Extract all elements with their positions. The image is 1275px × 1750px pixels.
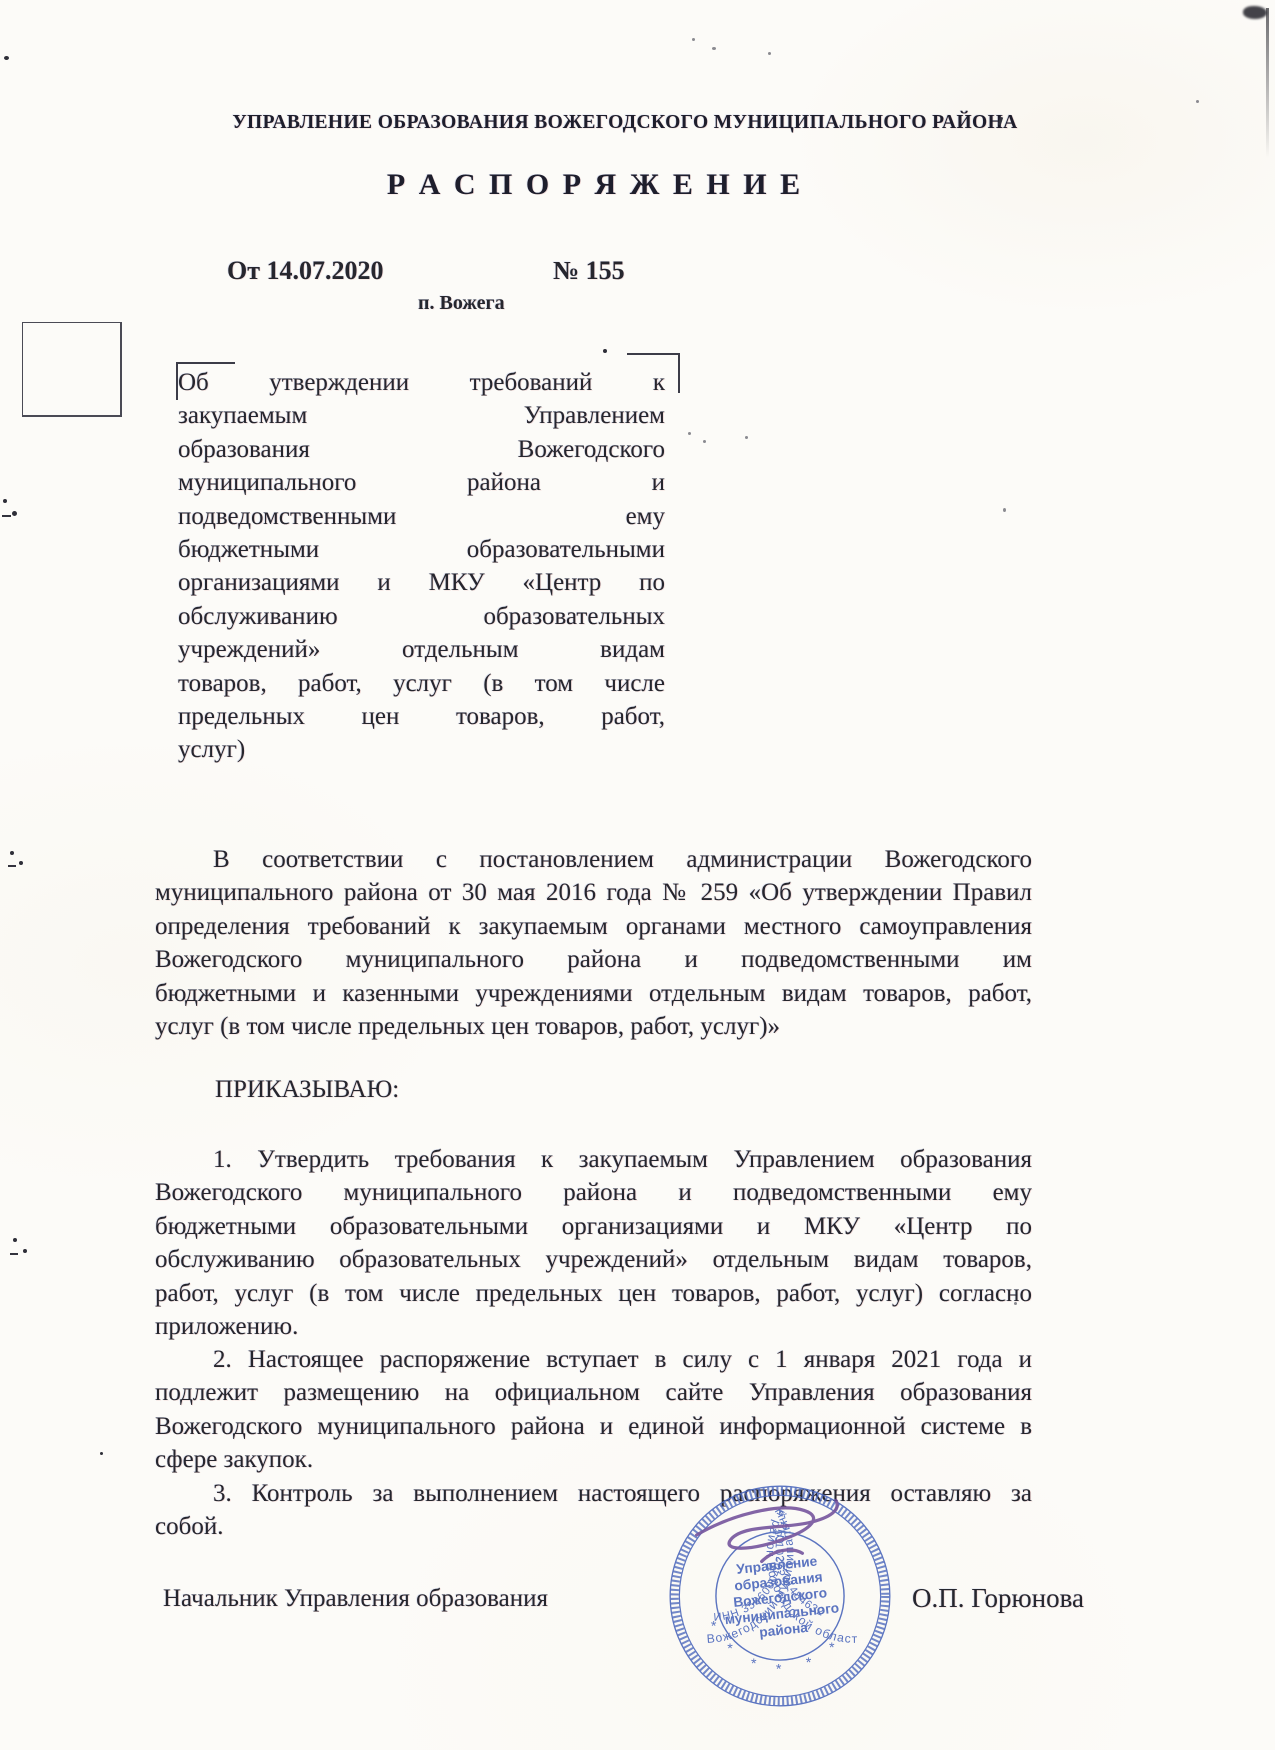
text-line: определения требований к закупаемым орга… [155,910,1032,943]
asterisk-glyph: * [751,1656,757,1672]
scan-speck [603,349,607,353]
text-line: муниципального района от 30 мая 2016 год… [155,876,1032,909]
order-item-2: 2. Настоящее распоряжение вступает в сил… [155,1343,1032,1477]
scan-speck [3,499,7,503]
scan-speck [10,851,14,855]
text-line: подведомственными ему [178,500,665,533]
scan-speck [4,56,9,60]
document-number: № 155 [553,256,625,286]
text-line: товаров, работ, услуг (в том числе [178,667,665,700]
text-line: предельных цен товаров, работ, [178,700,665,733]
signatory-name: О.П. Горюнова [912,1583,1084,1614]
asterisk-glyph: * [727,1641,733,1657]
text-line: обслуживанию образовательных [178,600,665,633]
text-line: Вожегодского муниципального района и под… [155,943,1032,976]
text-line: образования Вожегодского [178,433,665,466]
text-line: приложению. [155,1310,1032,1343]
text-line: закупаемым Управлением [178,399,665,432]
asterisk-glyph: * [806,1655,812,1671]
scan-speck [712,47,716,50]
scan-speck [1003,508,1006,512]
order-word: ПРИКАЗЫВАЮ: [215,1076,399,1104]
scan-corner-blob [1243,6,1267,19]
order-item-1: 1. Утвердить требования к закупаемым Упр… [155,1143,1032,1343]
scan-speck [19,861,23,865]
text-line: Вожегодского муниципального района и еди… [155,1410,1032,1443]
text-line: бюджетными и казенными учреждениями отде… [155,977,1032,1010]
stamp-seal-graphic: Вожегодский муниципальный район Вологодс… [660,1476,900,1716]
text-line: Вожегодского муниципального района и под… [155,1176,1032,1209]
scan-speck [692,38,695,41]
asterisk-glyph: * [711,1619,717,1635]
scan-edge-artifact [1266,8,1269,158]
document-type-title: Р А С П О Р Я Ж Е Н И Е [30,168,1160,202]
scan-speck [12,511,17,516]
order-item-3: 3. Контроль за выполнением настоящего ра… [155,1477,1032,1544]
text-line: услуг) [178,733,665,766]
scan-speck [688,432,691,435]
scan-speck [2,515,11,517]
text-line: 2. Настоящее распоряжение вступает в сил… [155,1343,1032,1376]
blank-stamp-box [22,322,122,417]
signatory-position: Начальник Управления образования [163,1585,548,1613]
text-line: организациями и МКУ «Центр по [178,566,665,599]
asterisk-glyph: * [776,1661,782,1677]
scan-speck [23,1249,27,1253]
text-line: собой. [155,1510,1032,1543]
organization-header: УПРАВЛЕНИЕ ОБРАЗОВАНИЯ ВОЖЕГОДСКОГО МУНИ… [60,112,1190,134]
scan-speck [1014,1302,1017,1305]
text-line: сфере закупок. [155,1443,1032,1476]
scan-speck [10,1253,18,1255]
text-line: 1. Утвердить требования к закупаемым Упр… [155,1143,1032,1176]
document-place: п. Вожега [418,292,505,315]
subject-block: Об утверждении требований кзакупаемым Уп… [178,366,665,767]
text-line: бюджетными образовательными [178,533,665,566]
text-line: бюджетными образовательными организациям… [155,1210,1032,1243]
text-line: обслуживанию образовательных учреждений»… [155,1243,1032,1276]
official-round-stamp: Вожегодский муниципальный район Вологодс… [660,1476,900,1716]
scan-speck [8,865,16,867]
scan-speck [768,52,771,55]
scan-speck [703,440,706,443]
text-line: услуг (в том числе предельных цен товаро… [155,1010,1032,1043]
text-line: муниципального района и [178,466,665,499]
text-line: 3. Контроль за выполнением настоящего ра… [155,1477,1032,1510]
text-line: В соответствии с постановлением админист… [155,843,1032,876]
scanned-document-page: УПРАВЛЕНИЕ ОБРАЗОВАНИЯ ВОЖЕГОДСКОГО МУНИ… [0,0,1275,1750]
text-line: подлежит размещению на официальном сайте… [155,1376,1032,1409]
scan-speck [1196,100,1199,103]
scan-speck [100,1452,103,1455]
scan-speck [745,436,748,439]
text-line: учреждений» отдельным видам [178,633,665,666]
scan-speck [13,1238,17,1242]
text-line: Об утверждении требований к [178,366,665,399]
document-date: От 14.07.2020 [227,256,384,286]
asterisk-glyph: * [829,1640,835,1656]
text-line: работ, услуг (в том числе предельных цен… [155,1277,1032,1310]
intro-paragraph: В соответствии с постановлением админист… [155,843,1032,1043]
